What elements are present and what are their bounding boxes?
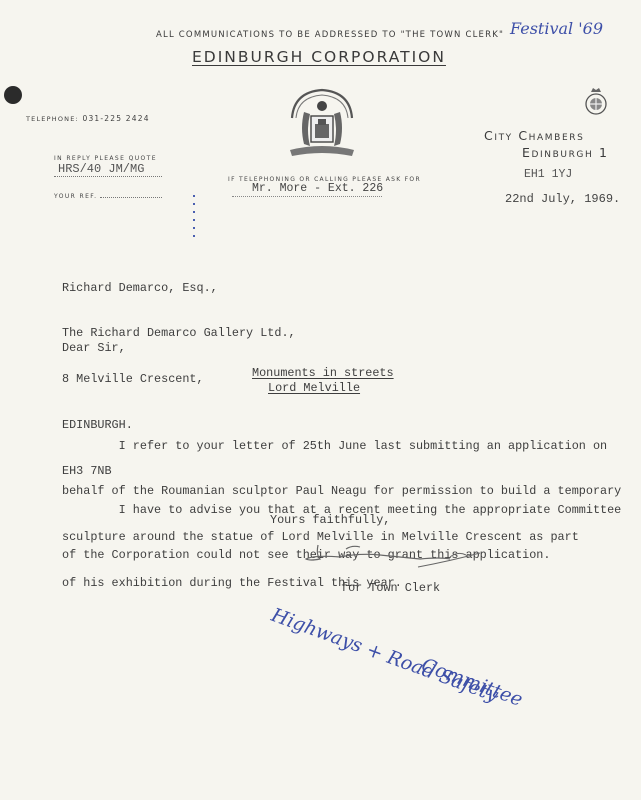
your-ref-label: YOUR REF. [54, 193, 97, 200]
seal-icon [583, 86, 609, 116]
ask-for-dotted-line [232, 196, 382, 197]
signature [300, 535, 490, 571]
signoff: for Town Clerk [341, 581, 440, 596]
telephone-label: Telephone: [26, 115, 79, 123]
communications-note: ALL COMMUNICATIONS TO BE ADDRESSED TO "T… [156, 30, 504, 40]
coat-of-arms-icon [282, 84, 362, 160]
handwritten-committee-note: Highways + Road Safety Committee [276, 596, 546, 716]
body-line: I refer to your letter of 25th June last… [62, 439, 621, 454]
handwritten-festival-note: Festival '69 [510, 19, 603, 38]
reply-label: IN REPLY PLEASE QUOTE [54, 155, 157, 162]
reply-reference: HRS/40 JM/MG [58, 162, 144, 176]
reply-dotted-line [54, 176, 162, 177]
address-line-2: Edinburgh 1 [522, 145, 609, 160]
your-ref-dotted-line [100, 197, 162, 198]
postcode: EH1 1YJ [524, 168, 572, 181]
ask-for-value: Mr. More - Ext. 226 [252, 182, 383, 195]
recipient-line: The Richard Demarco Gallery Ltd., [62, 326, 296, 341]
telephone-number: 031-225 2424 [82, 114, 149, 123]
margin-tick-marks [193, 195, 199, 243]
punch-hole [4, 86, 22, 104]
salutation: Dear Sir, [62, 341, 126, 356]
subject-line-1: Monuments in streets [252, 366, 394, 381]
letter-date: 22nd July, 1969. [505, 192, 620, 206]
subject-line-2: Lord Melville [268, 381, 360, 396]
telephone-line: Telephone: 031-225 2424 [26, 114, 150, 123]
recipient-line: Richard Demarco, Esq., [62, 281, 296, 296]
closing: Yours faithfully, [270, 513, 390, 528]
address-line-1: City Chambers [484, 128, 584, 143]
organisation-title: EDINBURGH CORPORATION [192, 48, 446, 66]
